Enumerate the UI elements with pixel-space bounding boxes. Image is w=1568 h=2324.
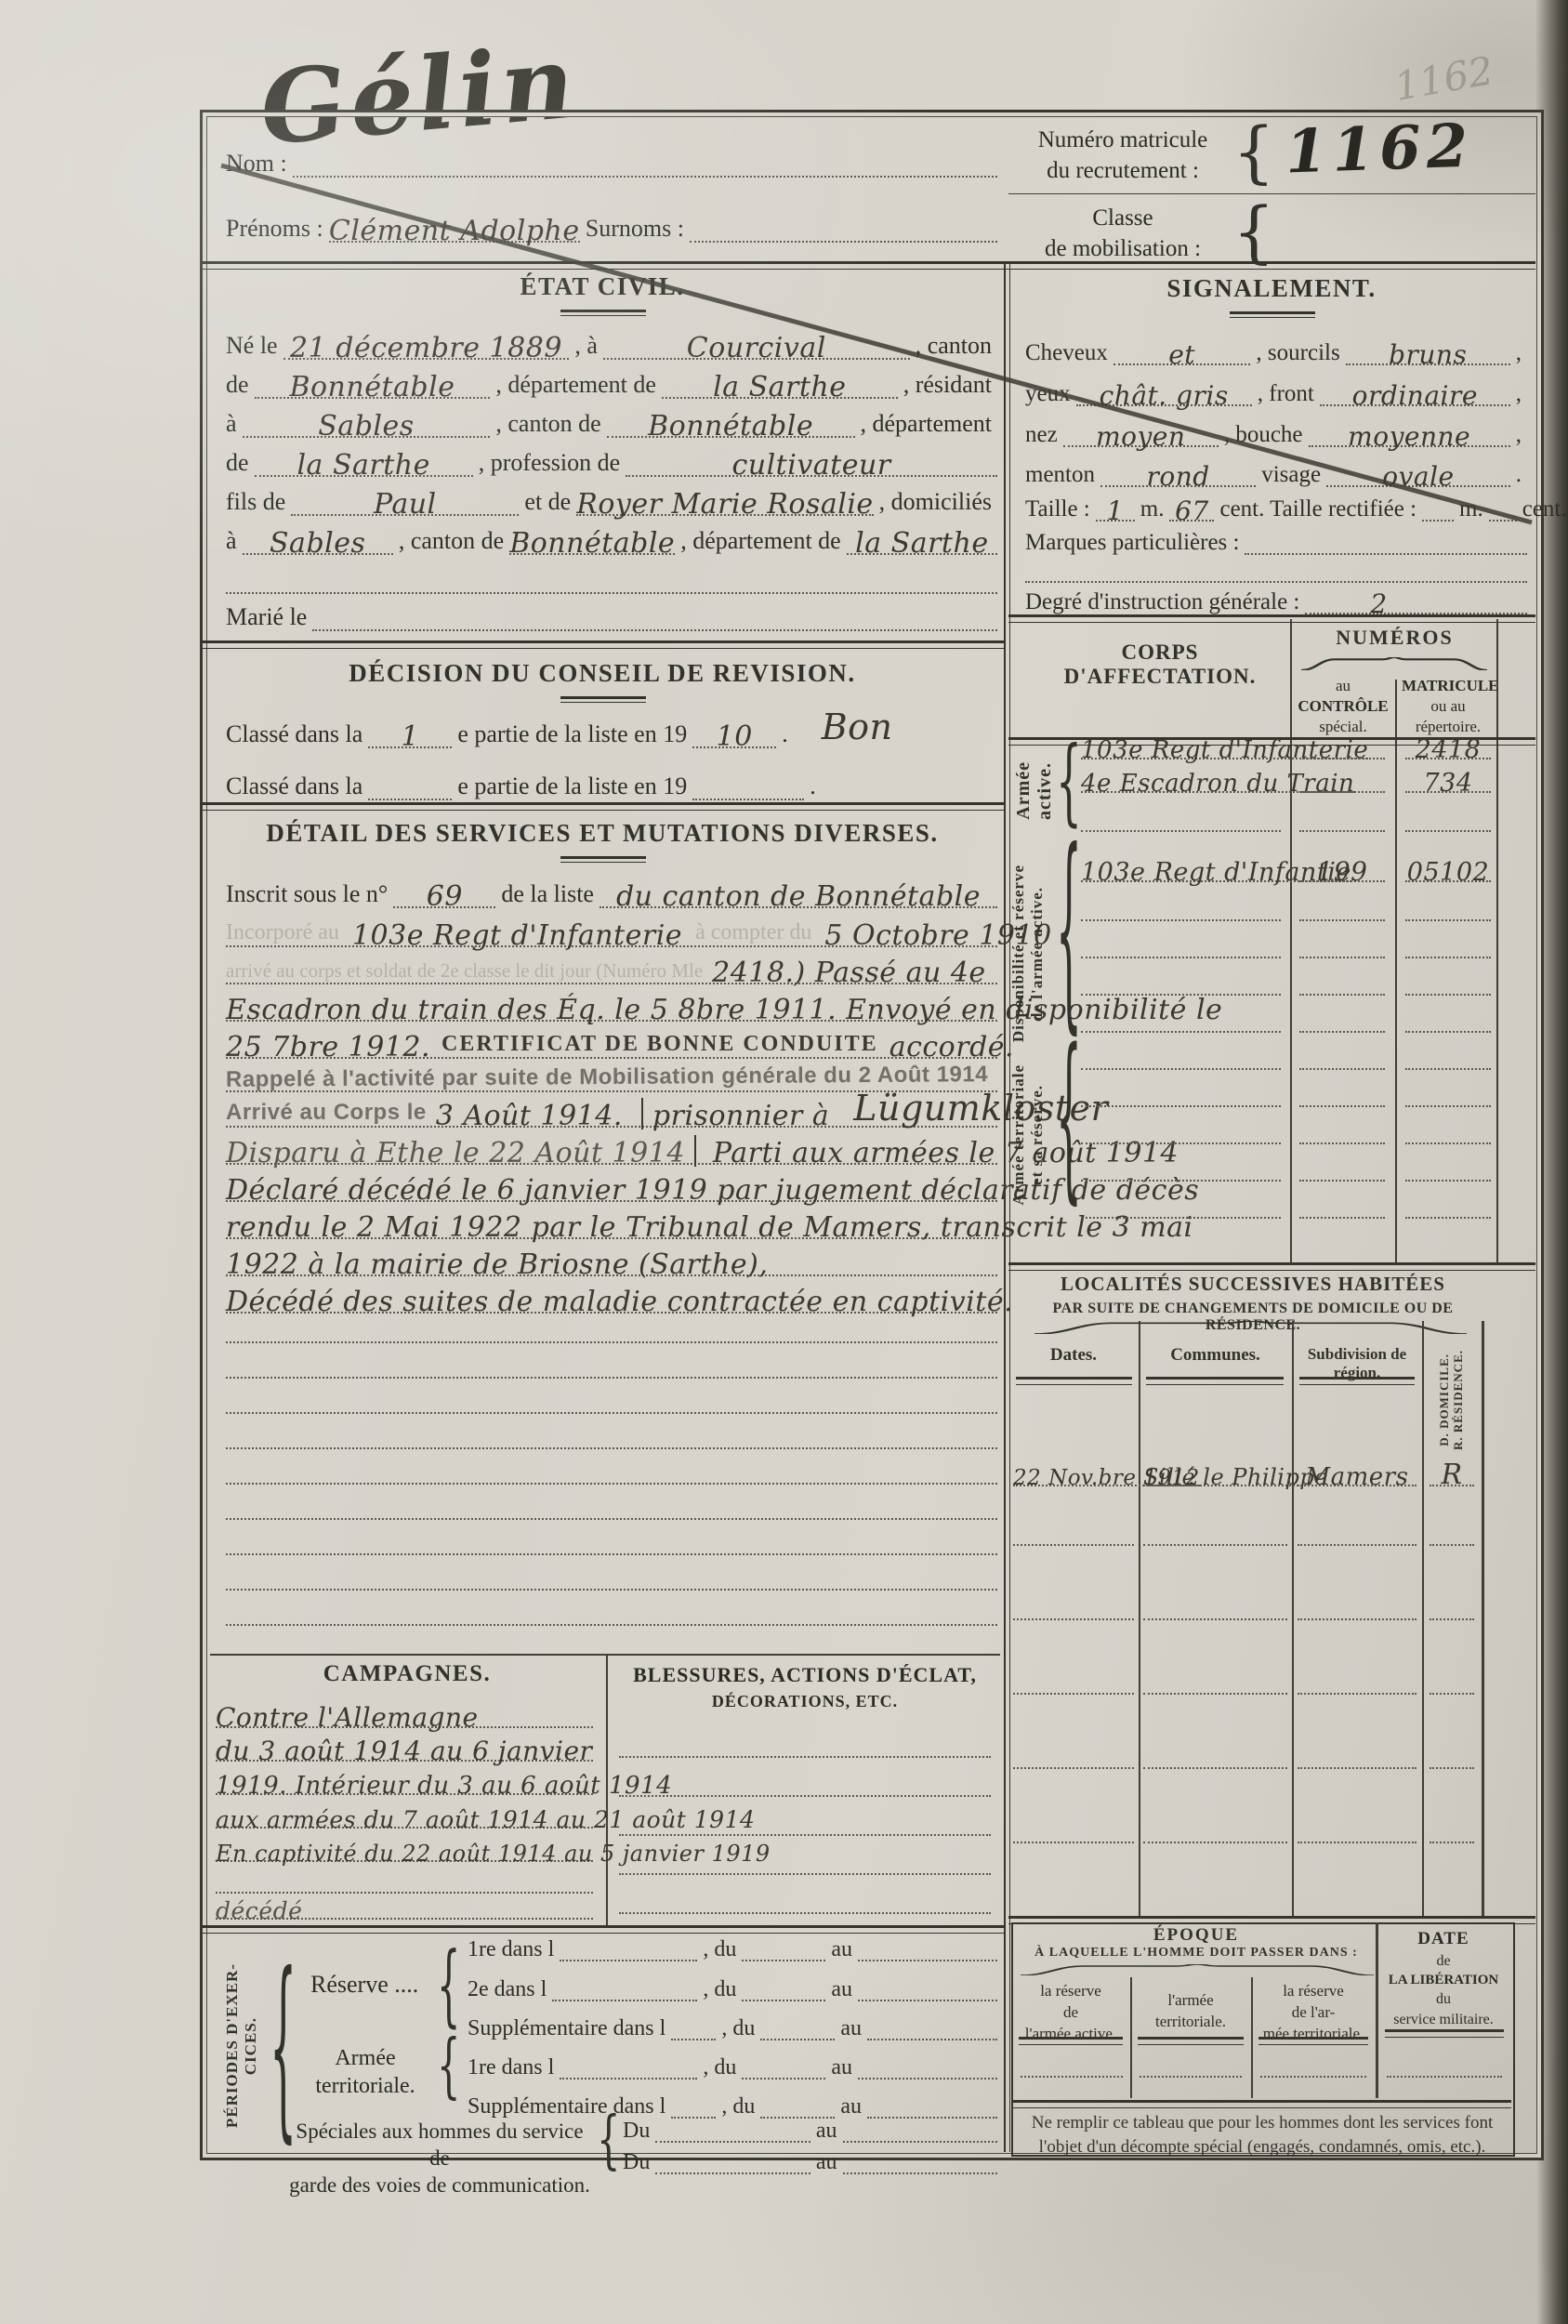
svc-row-12: Décédé des suites de maladie contractée … [226, 1274, 997, 1314]
ghost-incorpore: Incorporé au [226, 920, 339, 945]
blank-line [1405, 1142, 1491, 1144]
blank-line [1405, 1068, 1491, 1070]
svc-row-3: arrivé au corps et soldat de 2e classe l… [226, 945, 997, 984]
blank-line [1430, 1767, 1474, 1769]
blank-line [1298, 1618, 1416, 1620]
corps-row-1-mat: 2418 [1405, 726, 1491, 759]
classe-brace: { [1232, 198, 1275, 265]
blank-line [1430, 1842, 1474, 1843]
matricule-brace: { [1232, 118, 1275, 185]
per-row-r3: Supplémentaire dans l , du au [468, 2009, 997, 2040]
epoque-brace [1021, 1964, 1374, 1975]
controle-col-header: au CONTRÔLE spécial. [1296, 676, 1390, 737]
blank-line [619, 1912, 991, 1914]
blank-line [1143, 1544, 1287, 1546]
corps-title: CORPS D'AFFECTATION. [1034, 640, 1285, 689]
disponibilite-brace: { [1056, 828, 1082, 1041]
numeros-header: NUMÉROS [1299, 626, 1490, 650]
blank-line [1298, 1693, 1416, 1695]
territoriale-reserve-brace: { [1056, 1030, 1082, 1210]
per-row-r1: 1re dans l , du au [468, 1930, 997, 1961]
sig-row-3: nez moyen , bouche moyenne , [1025, 410, 1527, 447]
svc-row-stamp: Rappelé à l'activité par suite de Mobili… [226, 1053, 997, 1092]
speciales-brace: { [597, 2109, 620, 2172]
epoque-note: Ne remplir ce tableau que pour les homme… [1021, 2111, 1504, 2159]
loc-row-1-subdiv: Mamers [1298, 1451, 1416, 1486]
ep-header-rule-3 [1258, 2037, 1368, 2045]
speciales-label: Spéciales aux hommes du service de garde… [286, 2119, 593, 2199]
blank-line [619, 1756, 991, 1758]
sig-row-marques: Marques particulières : [1025, 518, 1527, 555]
corps-row-2: 4e Escadron du Train [1081, 759, 1281, 793]
blank-line [1143, 1693, 1287, 1695]
ec-row-5: fils de Paul et de Royer Marie Rosalie ,… [226, 479, 997, 516]
sig-row-4: menton rond visage ovale . [1025, 450, 1527, 487]
ghost-acompter: à compter du [695, 920, 811, 945]
ep-col-4: DATE de LA LIBÉRATION du service militai… [1377, 1927, 1509, 2030]
blank-line [1081, 1180, 1281, 1182]
blank-line [1081, 1105, 1281, 1107]
corps-row-3-ctrl: 199 [1299, 845, 1385, 882]
blank-line [1405, 994, 1491, 996]
blank-line [1081, 957, 1281, 958]
loc-row-1-dr: R [1430, 1451, 1474, 1486]
corps-row-2-ctrl [1299, 791, 1385, 793]
svc-row-1: Inscrit sous le n° 69 de la liste du can… [226, 871, 997, 908]
blank-line [1081, 919, 1281, 921]
loc-header-rule-3 [1299, 1377, 1415, 1385]
blank-line [1405, 1105, 1491, 1107]
loc-row-1-commune: Sillé le Philippe [1143, 1451, 1287, 1486]
blank-line [226, 1589, 997, 1591]
territoriale-brace: { [437, 2031, 460, 2102]
signalement-bottom-rule [1008, 614, 1535, 623]
blank-line [1299, 830, 1385, 832]
signalement-title: SIGNALEMENT. [1039, 274, 1504, 303]
signalement-rule [1230, 311, 1315, 318]
armee-active-label: Armée active. [1013, 746, 1056, 835]
blank-line [226, 1341, 997, 1343]
corner-pencil-number: 1162 [1391, 47, 1497, 110]
surnoms-line [690, 241, 997, 243]
classe-label: Classe de mobilisation : [1021, 204, 1225, 264]
territoriale-label: Armée territoriale. [305, 2044, 426, 2100]
campagnes-title: CAMPAGNES. [258, 1661, 556, 1687]
blank-line [1387, 2076, 1502, 2078]
ep-header-rule-1 [1019, 2037, 1123, 2045]
svc-row-11: 1922 à la mairie de Briosne (Sarthe), [226, 1237, 997, 1276]
localites-brace [1034, 1321, 1467, 1334]
per-row-r2: 2e dans l , du au [468, 1970, 997, 2001]
header-bottom-rule [203, 261, 1535, 270]
blank-line [1298, 1544, 1416, 1546]
form-border: Nom : Prénoms : Clément Adolphe Surnoms … [200, 110, 1544, 2160]
svc-row-2: Incorporé au 103e Regt d'Infanterie à co… [226, 908, 997, 947]
blank-line [226, 1518, 997, 1520]
camp-line-3: 1919. Intérieur du 3 au 6 août 1914 [216, 1760, 593, 1795]
blank-line [1299, 957, 1385, 958]
blank-line [1143, 1618, 1287, 1620]
loc-vline-4 [1482, 1321, 1484, 1916]
ec-row-3: à Sables , canton de Bonnétable , départ… [226, 401, 997, 438]
corps-vline-right [1496, 619, 1498, 1262]
blank-line [1405, 1217, 1491, 1219]
blank-line [1260, 2076, 1366, 2078]
decision-title: DÉCISION DU CONSEIL DE REVISION. [277, 659, 928, 688]
blank-line [1430, 1544, 1474, 1546]
blank-line [1081, 830, 1281, 832]
blank-line [226, 1412, 997, 1414]
blank-line [1299, 919, 1385, 921]
prenoms-label: Prénoms : [226, 216, 329, 243]
etat-civil-rule [560, 310, 646, 316]
periodes-side-label: PÉRIODES D'EXER- CICES. [223, 1958, 259, 2134]
loc-row-1-date: 22 Nov.bre 1912 [1013, 1451, 1134, 1486]
blank-line [1081, 1142, 1281, 1144]
blank-line [1405, 919, 1491, 921]
blank-line [1405, 957, 1491, 958]
blank-line [1299, 1068, 1385, 1070]
blank-line [1013, 1693, 1134, 1695]
corps-vline-2 [1395, 680, 1397, 1262]
services-rule [560, 856, 646, 863]
corps-bottom-rule [1008, 1262, 1535, 1271]
blank-line [1143, 1842, 1287, 1843]
entry-separator [694, 1135, 696, 1167]
reserve-label: Réserve .... [305, 1972, 424, 1999]
ec-marie-row: Marié le [226, 594, 997, 631]
blank-line [619, 1834, 991, 1836]
camp-line-4: aux armées du 7 août 1914 au 21 août 191… [216, 1793, 593, 1829]
blank-line [1013, 1544, 1134, 1546]
loc-header-rule-2 [1146, 1377, 1284, 1385]
blank-line [1405, 1180, 1491, 1182]
blank-line [1021, 2076, 1123, 2078]
ep-header-rule-2 [1138, 2037, 1244, 2045]
sig-row-2: yeux chât. gris , front ordinaire , [1025, 369, 1527, 406]
entry-separator [641, 1098, 643, 1129]
blank-line [1013, 1842, 1134, 1843]
register-page: 1162 Gélin Nom : Prénoms : Clément Adolp… [0, 0, 1568, 2324]
blank-line [1081, 1068, 1281, 1070]
epoque-subtitle: À LAQUELLE L'HOMME DOIT PASSER DANS : [1013, 1946, 1379, 1961]
blank-line [226, 1447, 997, 1449]
per-row-s2: Du au [623, 2145, 997, 2174]
decision-row-1: Classé dans la 1 e partie de la liste en… [226, 711, 876, 748]
ec-row-2: de Bonnétable , département de la Sarthe… [226, 362, 997, 399]
numeros-brace [1301, 657, 1487, 670]
blank-line [1299, 994, 1385, 996]
nom-line [293, 176, 997, 178]
camp-line-5: En captivité du 22 août 1914 au 5 janvie… [216, 1827, 593, 1862]
blank-line [619, 1795, 991, 1797]
blank-line [226, 1553, 997, 1555]
etat-civil-title: ÉTAT CIVIL. [370, 272, 835, 301]
blank-line [1405, 1031, 1491, 1033]
blank-line [1013, 1767, 1134, 1769]
svc-row-4: Escadron du train des Éq. le 5 8bre 1911… [226, 983, 997, 1022]
blank-line [1405, 830, 1491, 832]
services-title: DÉTAIL DES SERVICES ET MUTATIONS DIVERSE… [240, 819, 965, 848]
blank-line [1143, 1767, 1287, 1769]
blank-line [1299, 1217, 1385, 1219]
per-row-t1: 1re dans l , du au [468, 2048, 997, 2080]
sig-row-1: Cheveux et , sourcils bruns , [1025, 328, 1527, 365]
sig-row-taille: Taille : 1 m. 67 cent. Taille rectifiée … [1025, 484, 1527, 522]
camp-line-6: décédé [216, 1884, 593, 1920]
svc-row-8: Disparu à Ethe le 22 Août 1914 Parti aux… [226, 1126, 997, 1165]
nom-label: Nom : [226, 151, 293, 178]
blank-line [619, 1873, 991, 1875]
blessures-title: BLESSURES, ACTIONS D'ÉCLAT, DÉCORATIONS,… [619, 1661, 991, 1713]
ec-row-6: à Sables , canton de Bonnétable , départ… [226, 518, 997, 555]
decision-rule [560, 696, 646, 703]
loc-col-dr: D. DOMICILE. R. RÉSIDENCE. [1428, 1330, 1476, 1470]
corps-vline-1 [1290, 619, 1292, 1262]
ec-bottom-rule [203, 640, 1004, 649]
territoriale-reserve-label: Armée territoriale et sa réserve. [1009, 1042, 1046, 1228]
svc-row-7: Arrivé au Corps le 3 Août 1914. prisonni… [226, 1089, 997, 1128]
corps-row-2-mat: 734 [1405, 759, 1491, 793]
surnoms-label: Surnoms : [580, 216, 690, 243]
blank-line [1299, 1142, 1385, 1144]
blank-line [1140, 2076, 1242, 2078]
loc-vline-3 [1422, 1321, 1424, 1916]
blank-line [1430, 1618, 1474, 1620]
loc-vline-1 [1139, 1321, 1140, 1916]
nom-row: Nom : [226, 140, 997, 178]
ep-header-rule-4 [1385, 2029, 1504, 2038]
decision-note: Bon [822, 709, 893, 745]
decision-row-2: Classé dans la e partie de la liste en 1… [226, 763, 876, 800]
blank-line [1299, 1180, 1385, 1182]
ep-col-1: la réservedel'armée active. [1013, 1981, 1128, 2045]
loc-col-communes: Communes. [1139, 1345, 1292, 1366]
camp-line-2: du 3 août 1914 au 6 janvier [216, 1726, 593, 1762]
blank-line [1299, 1105, 1385, 1107]
blank-line [1298, 1842, 1416, 1843]
ghost-arrive: arrivé au corps et soldat de 2e classe l… [226, 959, 703, 983]
corps-row-1-ctrl [1299, 758, 1385, 759]
corps-row-1: 103e Regt d'Infanterie [1081, 726, 1281, 759]
sig-row-degre: Degré d'instruction générale : 2 [1025, 577, 1527, 614]
ep-col-2: l'arméeterritoriale. [1132, 1990, 1249, 2033]
matricule-label: Numéro matricule du recrutement : [1021, 125, 1225, 186]
camp-line-1: Contre l'Allemagne [216, 1693, 593, 1728]
blank-line [1081, 1217, 1281, 1219]
ep-col-3: la réservede l'ar-mée territoriale. [1253, 1981, 1374, 2045]
decision-bottom-rule [203, 802, 1004, 811]
disponibilite-label: Disponibilité et réserve de l'armée acti… [1009, 847, 1046, 1061]
matricule-value: 1162 [1285, 111, 1475, 187]
blank-line [226, 1483, 997, 1485]
blank-line [226, 1624, 997, 1626]
loc-col-dates: Dates. [1008, 1345, 1139, 1366]
ec-row-1: Né le 21 décembre 1889 , à Courcival , c… [226, 323, 997, 360]
corps-row-3: 103e Regt d'Infantie [1081, 845, 1281, 882]
ec-row-4: de la Sarthe , profession de cultivateur [226, 440, 997, 477]
svc-row-9: Déclaré décédé le 6 janvier 1919 par jug… [226, 1163, 997, 1202]
per-row-s1: Du au [623, 2113, 997, 2143]
localites-title: LOCALITÉS SUCCESSIVES HABITÉES [1021, 1273, 1485, 1296]
blank-line [1081, 994, 1281, 996]
blank-line [226, 1377, 997, 1379]
svc-row-10: rendu le 2 Mai 1922 par le Tribunal de M… [226, 1200, 997, 1239]
corps-row-3-mat: 05102 [1405, 845, 1491, 882]
loc-vline-2 [1292, 1321, 1294, 1916]
ep-body-bottom-rule [1011, 2100, 1511, 2108]
blank-line [1013, 1618, 1134, 1620]
blank-line [1298, 1767, 1416, 1769]
epoque-title: ÉPOQUE [1013, 1925, 1379, 1946]
loc-header-rule-1 [1016, 1377, 1132, 1385]
prenoms-value: Clément Adolphe [329, 215, 580, 247]
reserve-brace: { [437, 1942, 460, 2031]
periodes-brace: { [270, 1947, 296, 2144]
blank-line [1299, 1031, 1385, 1033]
blank-line [1081, 1031, 1281, 1033]
blank-line [1430, 1693, 1474, 1695]
campagnes-top-rule [210, 1654, 1000, 1656]
prenoms-row: Prénoms : Clément Adolphe Surnoms : [226, 205, 997, 243]
